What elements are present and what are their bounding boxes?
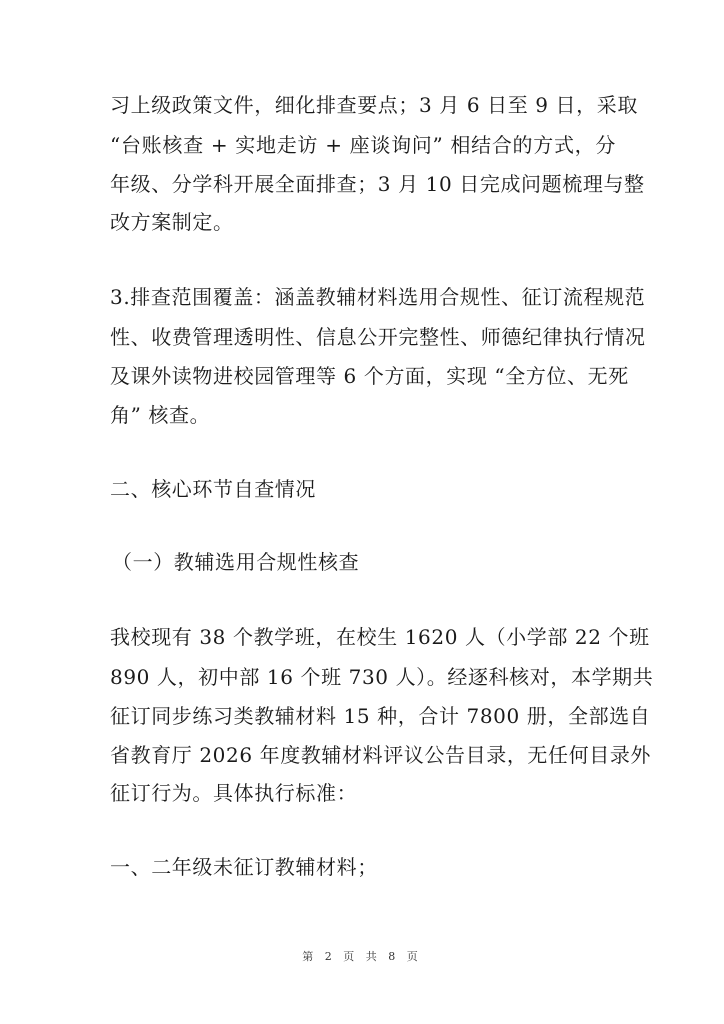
text-line: 省教育厅 2026 年度教辅材料评议公告目录，无任何目录外	[110, 743, 616, 767]
subsection-heading: （一）教辅选用合规性核查	[112, 550, 618, 574]
text-line: 3.排查范围覆盖：涵盖教辅材料选用合规性、征订流程规范	[110, 285, 616, 309]
text-line: 改方案制定。	[110, 210, 616, 234]
text-line: 角” 核查。	[110, 403, 616, 427]
text-line: 890 人，初中部 16 个班 730 人）。经逐科核对，本学期共	[110, 665, 616, 689]
section-heading: 二、核心环节自查情况	[110, 477, 616, 501]
text-line: 及课外读物进校园管理等 6 个方面，实现 “全方位、无死	[110, 364, 616, 388]
document-page: 习上级政策文件，细化排查要点；3 月 6 日至 9 日，采取 “台账核查 + 实…	[0, 0, 724, 1024]
text-line: 征订行为。具体执行标准：	[110, 781, 616, 805]
text-line: 性、收费管理透明性、信息公开完整性、师德纪律执行情况	[110, 325, 616, 349]
text-line: 习上级政策文件，细化排查要点；3 月 6 日至 9 日，采取	[110, 93, 616, 117]
page-number-label: 第 2 页 共 8 页	[302, 950, 421, 963]
text-line: 年级、分学科开展全面排查；3 月 10 日完成问题梳理与整	[110, 172, 616, 196]
text-line: 征订同步练习类教辅材料 15 种，合计 7800 册，全部选自	[110, 704, 616, 728]
text-line: 我校现有 38 个教学班，在校生 1620 人（小学部 22 个班	[110, 625, 616, 649]
text-line: “台账核查 + 实地走访 + 座谈询问” 相结合的方式，分	[110, 133, 616, 157]
list-item: 一、二年级未征订教辅材料；	[110, 855, 616, 879]
page-footer: 第 2 页 共 8 页	[0, 949, 724, 965]
